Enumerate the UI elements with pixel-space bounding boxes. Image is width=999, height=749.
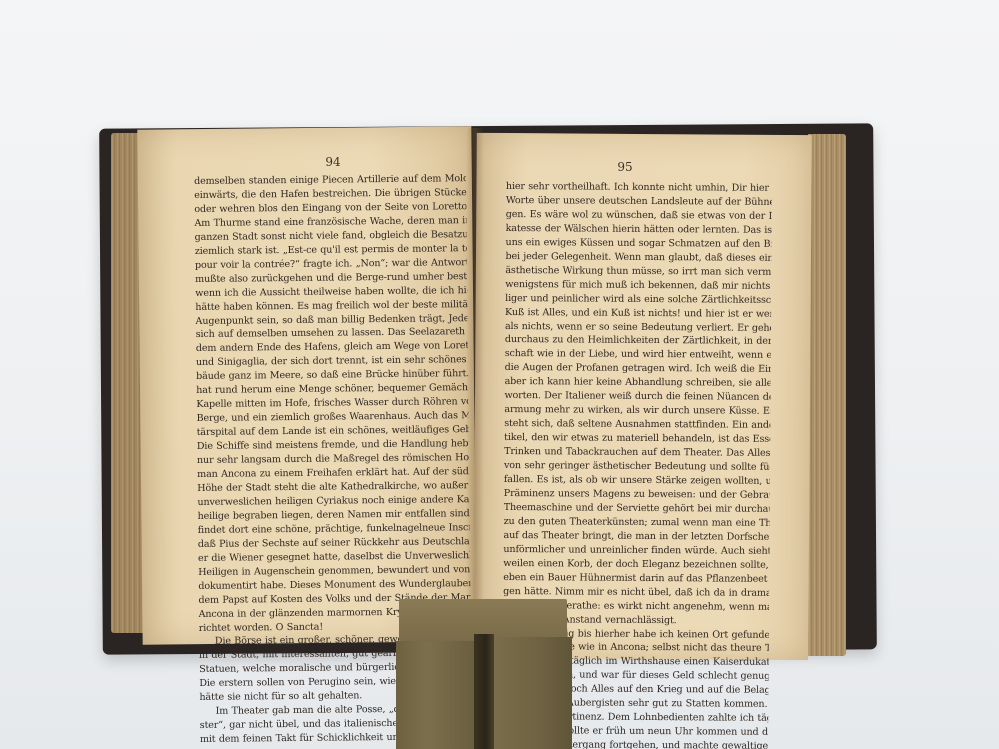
text-line: unförmlicher und unreinlicher finden wür… [503,543,769,559]
left-page-number: 94 [313,155,353,169]
weight-right-block [494,637,572,749]
weight-slot [474,634,494,749]
text-line: uns ein ewiges Küssen und sogar Schmatze… [506,236,772,252]
right-page-number: 95 [605,160,645,174]
text-line: weilen einen Korb, der doch Eleganz beze… [503,557,769,573]
photo-scene: 94 95 demselben standen einige Piecen Ar… [0,0,999,749]
text-line: wenigstens für mich muß ich bekennen, da… [505,278,771,294]
brass-book-weight [396,599,572,749]
text-line: bei jeder Gelegenheit. Wenn man glaubt, … [505,250,771,266]
text-line: ästhetische Wirkung thun müsse, so irrt … [505,264,771,280]
text-line: auf das Theater bringt, die man in der l… [503,529,769,545]
weight-left-block [396,641,474,749]
text-line: liger und peinlicher wird als eine solch… [505,292,771,308]
right-page-edges [808,134,846,656]
text-line: eben ein Bauer Hühnermist darin auf das … [503,571,769,587]
text-line: Kuß ist Alles, und ein Kuß ist nichts! u… [505,306,771,322]
